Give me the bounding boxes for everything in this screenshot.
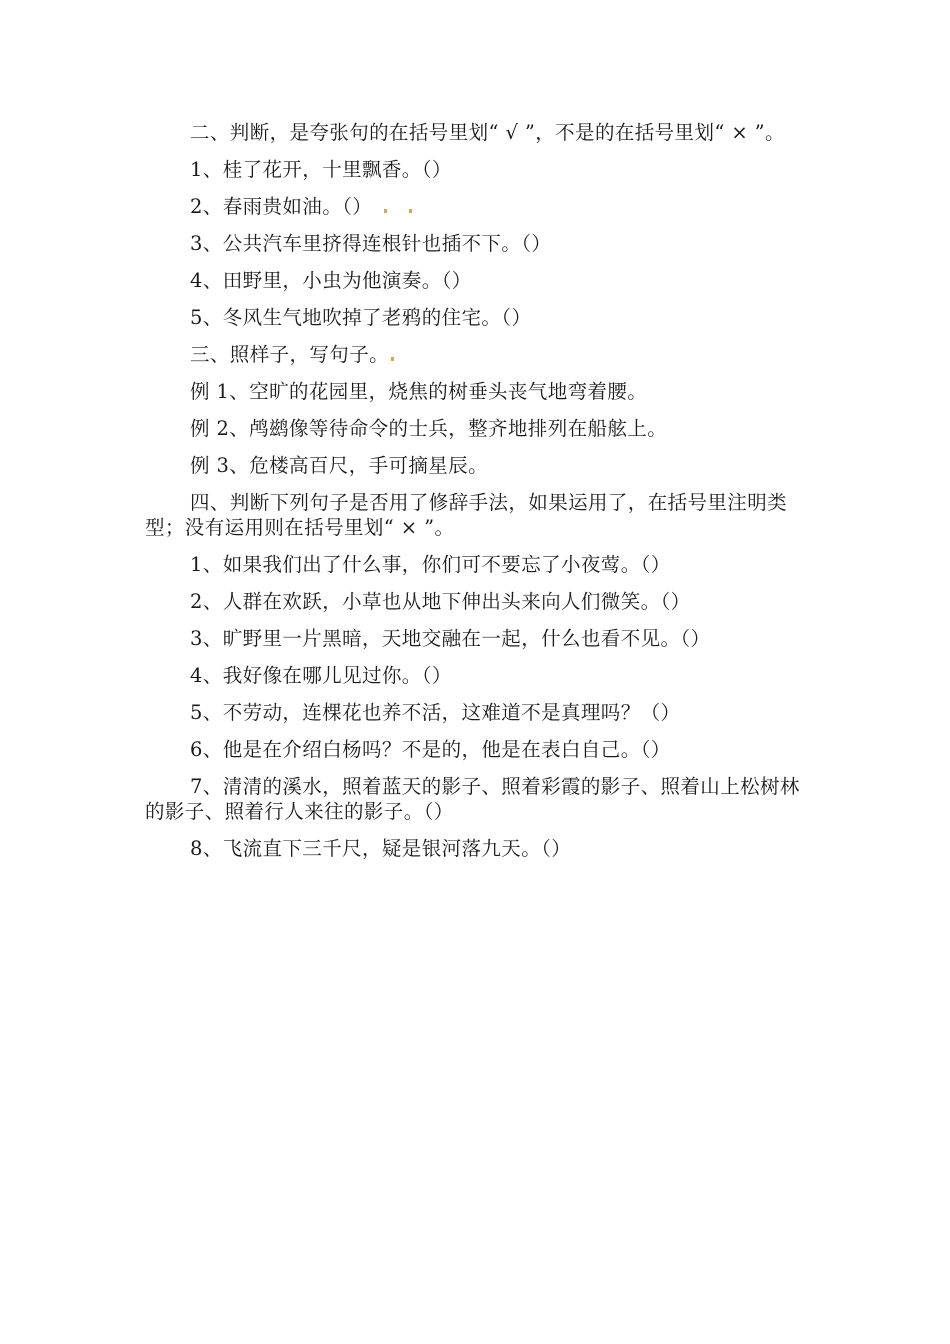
- section3-example-1: 例 1、空旷的花园里，烧焦的树垂头丧气地弯着腰。: [145, 379, 807, 404]
- document-page: 二、判断，是夸张句的在括号里划“ √ ”，不是的在括号里划“ × ”。 1、桂了…: [145, 120, 807, 873]
- section3-heading-text: 三、照样子，写句子。: [190, 343, 389, 366]
- section2-item-1: 1、桂了花开，十里飘香。（）: [145, 157, 807, 182]
- section3-example-3: 例 3、危楼高百尺，手可摘星辰。: [145, 453, 807, 478]
- section3-heading: 三、照样子，写句子。: [145, 342, 807, 367]
- section4-item-6: 6、他是在介绍白杨吗？不是的，他是在表白自己。（）: [145, 737, 807, 762]
- section4-item-3: 3、旷野里一片黑暗，天地交融在一起，什么也看不见。（）: [145, 626, 807, 651]
- section2-item-2: 2、春雨贵如油。（）: [145, 194, 807, 219]
- section4-heading: 四、判断下列句子是否用了修辞手法，如果运用了，在括号里注明类型；没有运用则在括号…: [145, 490, 807, 540]
- section2-item-4: 4、田野里，小虫为他演奏。（）: [145, 268, 807, 293]
- highlight-mark: [391, 357, 394, 361]
- section3-example-2: 例 2、鸬鹚像等待命令的士兵，整齐地排列在船舷上。: [145, 416, 807, 441]
- section2-heading: 二、判断，是夸张句的在括号里划“ √ ”，不是的在括号里划“ × ”。: [145, 120, 807, 145]
- section4-item-7: 7、清清的溪水，照着蓝天的影子、照着彩霞的影子、照着山上松树林的影子、照着行人来…: [145, 774, 807, 824]
- section2-item-3: 3、公共汽车里挤得连根针也插不下。（）: [145, 231, 807, 256]
- section2-item-5: 5、冬风生气地吹掉了老鸦的住宅。（）: [145, 305, 807, 330]
- section4-item-2: 2、人群在欢跃，小草也从地下伸出头来向人们微笑。（）: [145, 589, 807, 614]
- section4-item-8: 8、飞流直下三千尺，疑是银河落九天。（）: [145, 836, 807, 861]
- section4-item-4: 4、我好像在哪儿见过你。（）: [145, 663, 807, 688]
- highlight-mark: [384, 209, 387, 213]
- highlight-mark: [409, 209, 412, 213]
- section4-item-1: 1、如果我们出了什么事，你们可不要忘了小夜莺。（）: [145, 552, 807, 577]
- section4-item-5: 5、不劳动，连棵花也养不活，这难道不是真理吗？（）: [145, 700, 807, 725]
- section2-item-2-text: 2、春雨贵如油。（）: [190, 195, 372, 218]
